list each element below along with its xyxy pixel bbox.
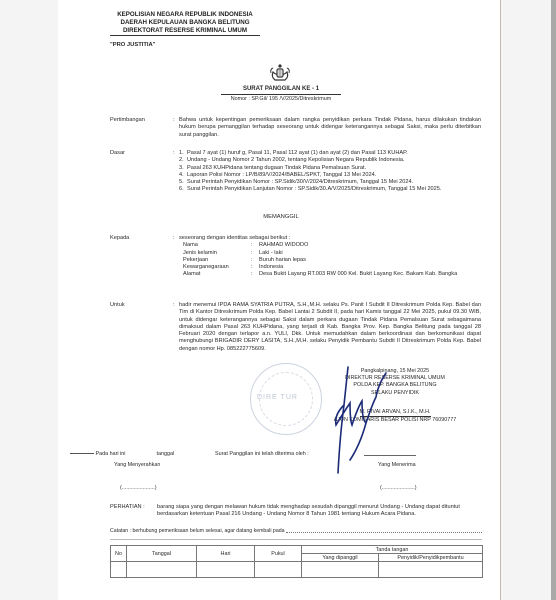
pertimbangan-label: Pertimbangan (110, 117, 145, 123)
untuk-text: hadir menemui IPDA RAMA SYATRIA PUTRA, S… (179, 302, 481, 353)
col-tanda-tangan: Tanda tangan (302, 546, 483, 554)
identity-fields: Nama:RAHMAD WIDODO Jenis kelamin:Laki - … (183, 242, 481, 278)
institution-line-2: DAERAH KEPULAUAN BANGKA BELITUNG (110, 19, 260, 27)
col-no: No (111, 546, 127, 562)
receipt-day-label: Pada hari ini (96, 451, 126, 457)
yang-menyerahkan-label: Yang Menyerahkan (114, 462, 160, 468)
dasar-item: 2.Undang - Undang Nomor 2 Tahun 2002, te… (179, 157, 481, 164)
kepada-colon: : (173, 235, 175, 241)
field-label-kewarganegaraan: Kewarganegaraan (183, 264, 251, 271)
col-penyidik: Penyidik/Penyidikpembantu (379, 554, 483, 562)
title-underline (221, 94, 341, 95)
yang-menerima-blank: (......................) (380, 485, 417, 491)
col-hari: Hari (197, 546, 255, 562)
dasar-list: 1.Pasal 7 ayat (1) huruf g, Pasal 11, Pa… (179, 150, 481, 194)
field-label-alamat: Alamat (183, 271, 251, 278)
field-value-alamat: Desa Bukit Layang RT.003 RW 000 Kel. Buk… (259, 271, 481, 278)
dasar-item: 5.Surat Perintah Penyidikan Nomor : SP.S… (179, 179, 481, 186)
kepada-block: seseorang dengan identitas sebagai berik… (179, 235, 481, 279)
catatan-divider (110, 539, 482, 540)
field-value-jenis-kelamin: Laki - laki (259, 250, 481, 257)
header-underline (110, 35, 260, 36)
dasar-item: 4.Laporan Polisi Nomor : LP/B/89/V/2024/… (179, 172, 481, 179)
dasar-item: 3.Pasal 263 KUHPidana tentang dugaan Tin… (179, 165, 481, 172)
field-label-nama: Nama (183, 242, 251, 249)
catatan-text: Catatan : berhubung pemeriksaan belum se… (110, 528, 284, 534)
receipt-received-text: Surat Panggilan ini telah diterima oleh … (215, 451, 309, 457)
institution-header: KEPOLISIAN NEGARA REPUBLIK INDONESIA DAE… (110, 11, 260, 34)
table-row (111, 562, 483, 578)
dasar-label: Dasar (110, 150, 125, 156)
letter-title: SURAT PANGGILAN KE - 1 (198, 86, 364, 92)
institution-line-1: KEPOLISIAN NEGARA REPUBLIK INDONESIA (110, 11, 260, 19)
perhatian-text: barang siapa yang dengan melawan hukum t… (157, 504, 490, 519)
catatan-line: Catatan : berhubung pemeriksaan belum se… (110, 528, 482, 534)
dasar-item: 1.Pasal 7 ayat (1) huruf g, Pasal 11, Pa… (179, 150, 481, 157)
attendance-table: No Tanggal Hari Pukul Tanda tangan Yang … (110, 545, 483, 578)
field-label-pekerjaan: Pekerjaan (183, 257, 251, 264)
untuk-colon: : (173, 302, 175, 308)
field-label-jenis-kelamin: Jenis kelamin (183, 250, 251, 257)
dasar-colon: : (173, 150, 175, 156)
dasar-item: 6.Surat Perintah Penyidikan Lanjutan Nom… (179, 186, 481, 193)
handwritten-signature (320, 365, 410, 477)
field-value-pekerjaan: Buruh harian lepas (259, 257, 481, 264)
receipt-signature-line (364, 455, 416, 456)
col-yang-dipanggil: Yang dipanggil (302, 554, 379, 562)
field-value-kewarganegaraan: Indonesia (259, 264, 481, 271)
pertimbangan-colon: : (173, 117, 175, 123)
kepada-intro: seseorang dengan identitas sebagai berik… (179, 235, 481, 242)
classification-label: "PRO JUSTITIA" (110, 42, 155, 48)
pertimbangan-text: Bahwa untuk kepentingan pemeriksaan dala… (179, 117, 481, 139)
institution-line-3: DIREKTORAT RESERSE KRIMINAL UMUM (110, 27, 260, 35)
receipt-left-line: Pada hari ini tanggal (70, 451, 174, 457)
viewer-scrollbar[interactable] (551, 0, 556, 600)
letter-number: Nomor : SP.Gil/ 195 /V/2025/Ditreskrimum (198, 96, 364, 102)
official-stamp: DIRE TUR (250, 363, 322, 435)
yang-menerima-label: Yang Menerima (378, 462, 416, 468)
kepada-label: Kepada (110, 235, 129, 241)
col-pukul: Pukul (255, 546, 302, 562)
perhatian-notice: PERHATIAN : barang siapa yang dengan mel… (110, 504, 490, 519)
receipt-date-label: tanggal (156, 451, 174, 457)
yang-menyerahkan-blank: (......................) (120, 485, 157, 491)
memanggil-heading: MEMANGGIL (198, 214, 364, 220)
field-value-nama: RAHMAD WIDODO (259, 242, 481, 249)
col-tanggal: Tanggal (127, 546, 197, 562)
perhatian-label: PERHATIAN : (110, 504, 157, 519)
untuk-label: Untuk (110, 302, 125, 308)
police-emblem-icon (269, 63, 291, 83)
document-page: KEPOLISIAN NEGARA REPUBLIK INDONESIA DAE… (58, 0, 501, 600)
